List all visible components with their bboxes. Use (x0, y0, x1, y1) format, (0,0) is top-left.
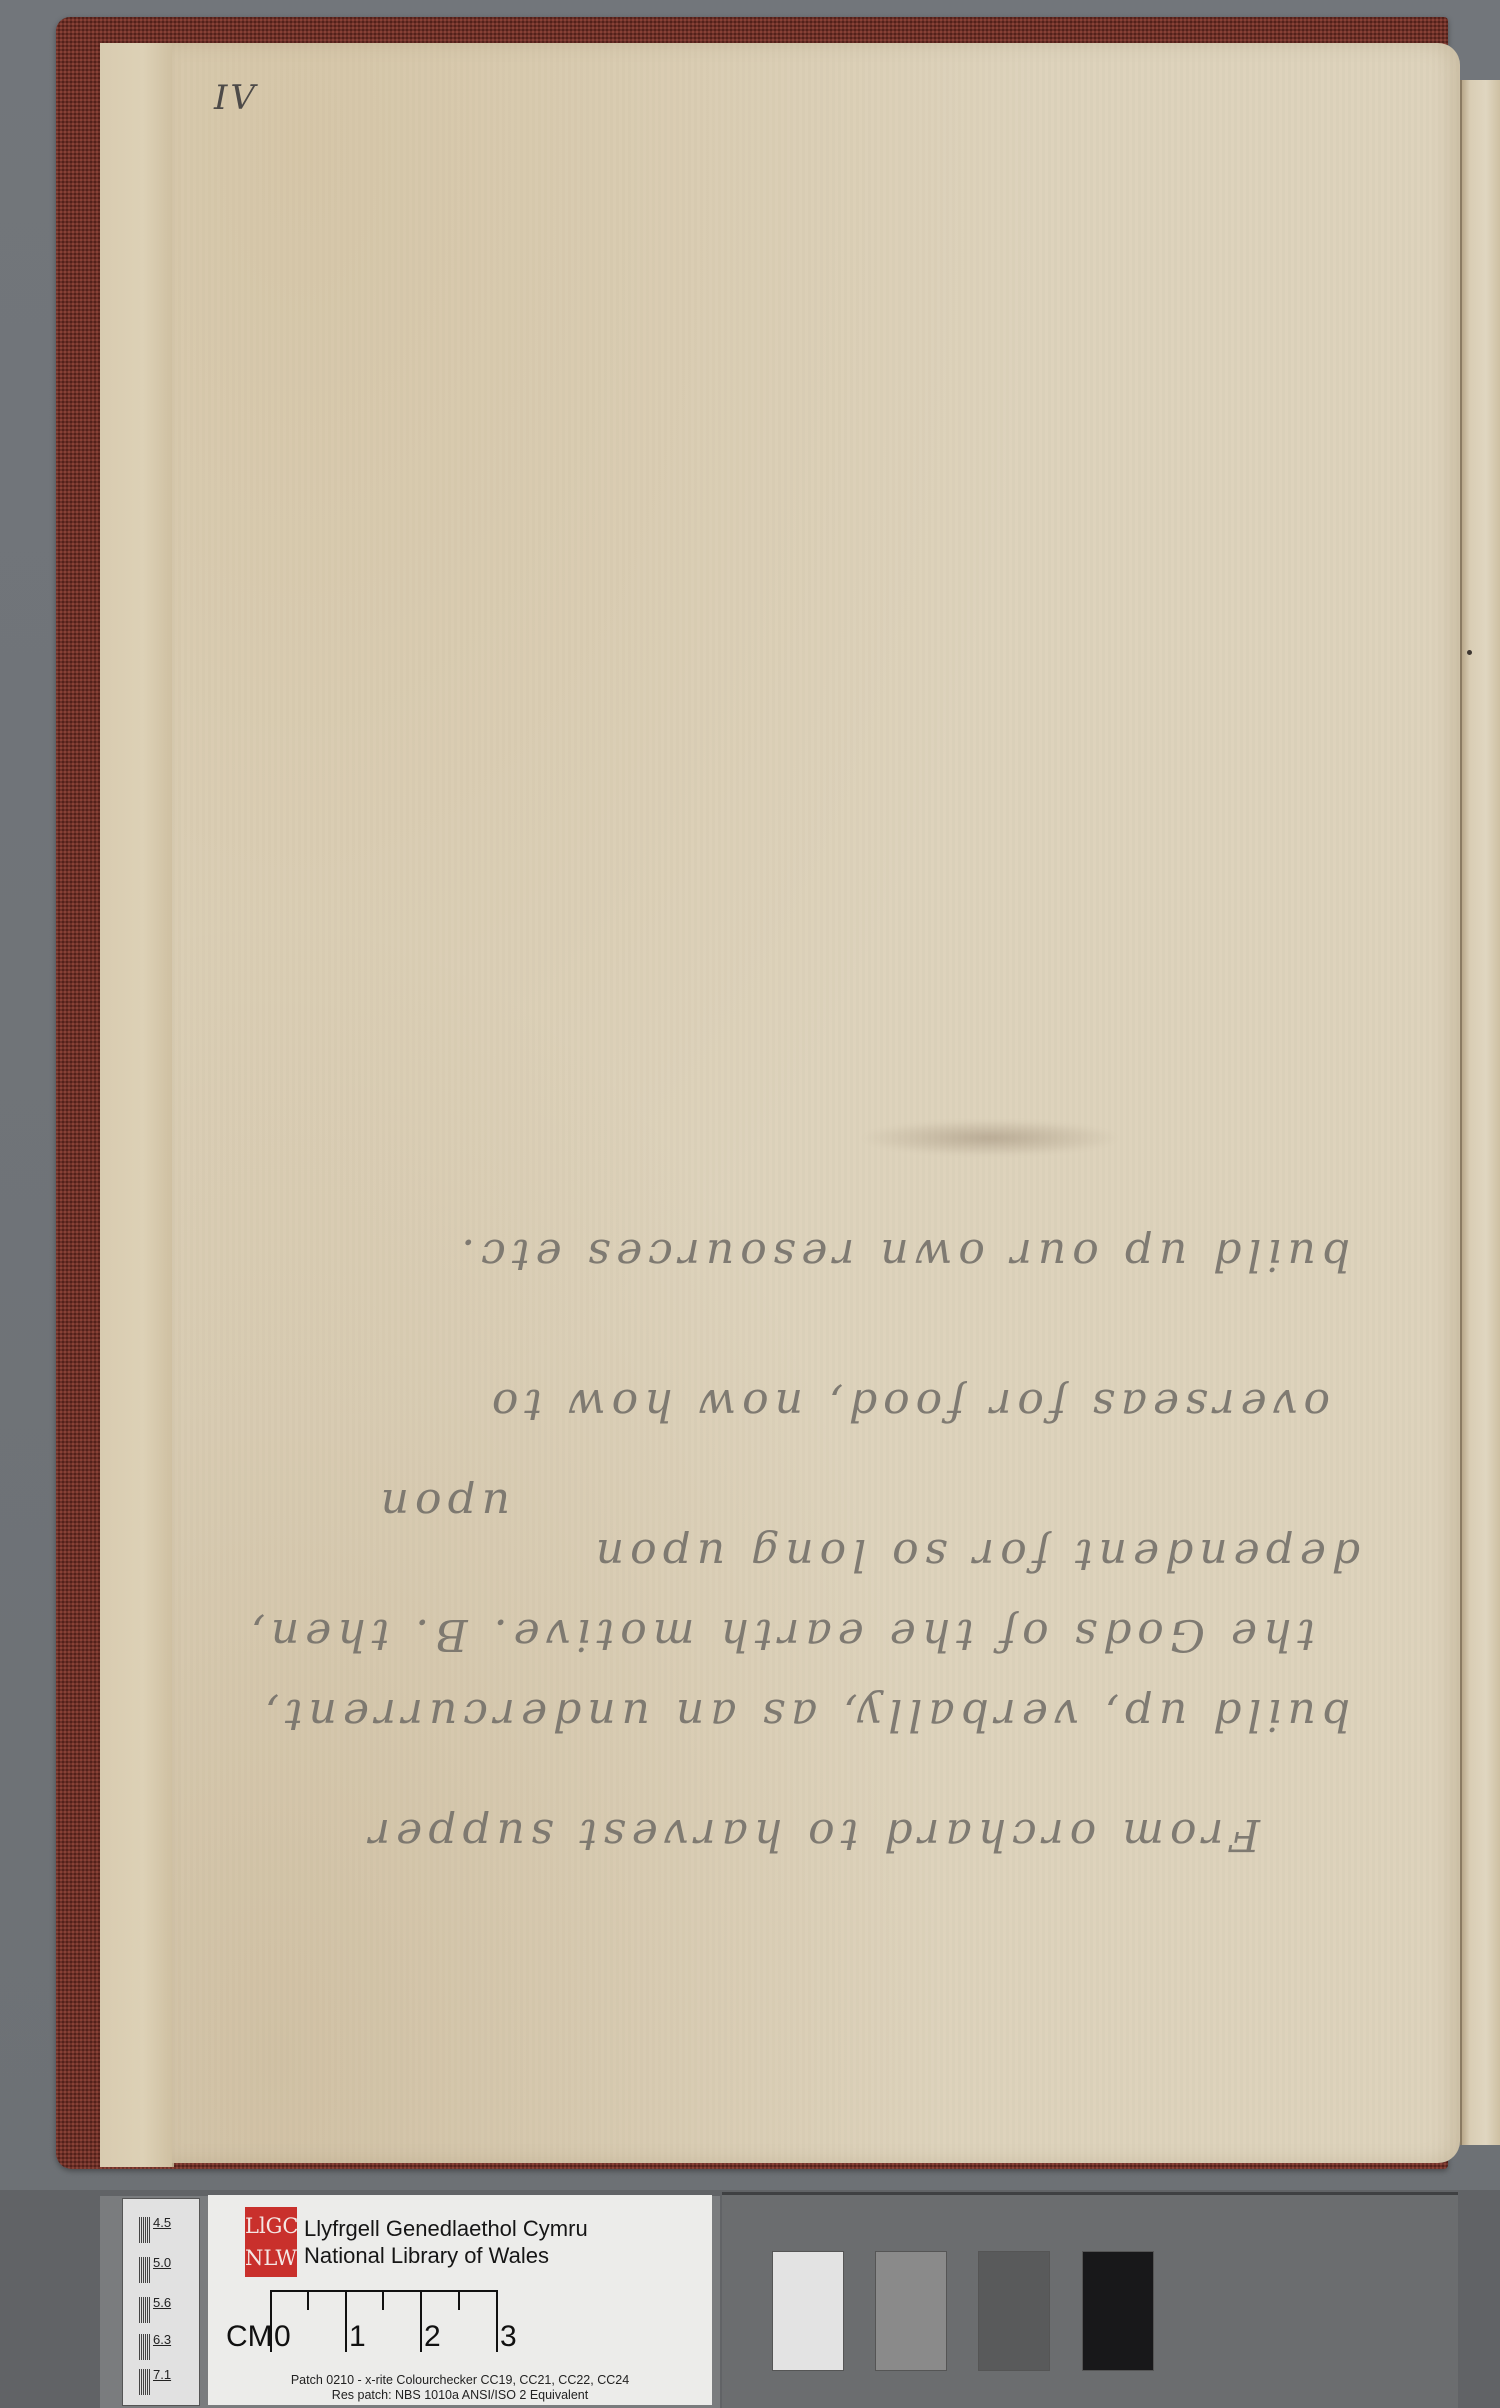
res-bars-icon (139, 2297, 151, 2323)
res-note: Res patch: NBS 1010a ANSI/ISO 2 Equivale… (208, 2388, 712, 2402)
nlw-target-card: LlGC NLW Llyfrgell Genedlaethol Cymru Na… (208, 2195, 712, 2405)
nlw-logo: LlGC NLW (245, 2207, 297, 2277)
ruler-mark: 1 (349, 2320, 366, 2354)
ruler-tick (345, 2290, 347, 2352)
res-value: 5.0 (153, 2255, 171, 2270)
folio-number: IV (214, 78, 258, 118)
logo-line-2: NLW (245, 2242, 297, 2274)
handwritten-notes: From orchard to harvest supper build up,… (230, 1160, 1370, 1860)
fly-leaf-strip (100, 43, 174, 2167)
swatch-white (772, 2251, 844, 2371)
page-edge (1460, 80, 1500, 2145)
ink-spot (1467, 650, 1472, 655)
res-value: 7.1 (153, 2367, 171, 2382)
ruler-tick (420, 2290, 422, 2352)
ruler-tick (382, 2290, 384, 2310)
res-bars-icon (139, 2257, 151, 2283)
hw-line-3: the Gods of the earth motive. B. then, (245, 1609, 1315, 1660)
swatch-black (1082, 2251, 1154, 2371)
patch-note: Patch 0210 - x-rite Colourchecker CC19, … (208, 2373, 712, 2387)
res-value: 5.6 (153, 2295, 171, 2310)
res-bars-icon (139, 2217, 151, 2243)
ruler-baseline (270, 2290, 498, 2292)
cm-ruler: CM 0 1 2 3 (270, 2290, 660, 2360)
ruler-tick (307, 2290, 309, 2310)
ruler-tick (496, 2290, 498, 2352)
res-value: 6.3 (153, 2332, 171, 2347)
swatch-light-gray (875, 2251, 947, 2371)
hw-line-1: From orchard to harvest supper (363, 1809, 1260, 1860)
ruler-mark: 3 (500, 2320, 517, 2354)
ruler-tick (270, 2290, 272, 2352)
ruler-unit: CM (226, 2320, 273, 2354)
res-value: 4.5 (153, 2215, 171, 2230)
res-bars-icon (139, 2369, 151, 2395)
smudge-mark (860, 1120, 1120, 1156)
swatch-dark-gray (978, 2251, 1050, 2371)
institution-name: Llyfrgell Genedlaethol Cymru National Li… (304, 2215, 588, 2269)
hw-line-5: upon (375, 1479, 510, 1530)
institution-welsh: Llyfrgell Genedlaethol Cymru (304, 2215, 588, 2242)
ruler-tick (458, 2290, 460, 2310)
hw-line-2: build up, verbally, as an undercurrent, (259, 1689, 1350, 1740)
ruler-mark: 2 (424, 2320, 441, 2354)
colour-checker-panel (722, 2192, 1458, 2408)
hw-line-7: build up our own resources etc. (455, 1229, 1350, 1280)
resolution-patch: 4.5 5.0 5.6 6.3 7.1 (122, 2198, 200, 2406)
res-bars-icon (139, 2334, 151, 2360)
ruler-mark: 0 (274, 2320, 291, 2354)
hw-line-4: dependent for so long upon (590, 1529, 1360, 1580)
logo-line-1: LlGC (245, 2210, 297, 2242)
institution-english: National Library of Wales (304, 2242, 588, 2269)
hw-line-6: overseas for food, now how to (486, 1379, 1330, 1430)
